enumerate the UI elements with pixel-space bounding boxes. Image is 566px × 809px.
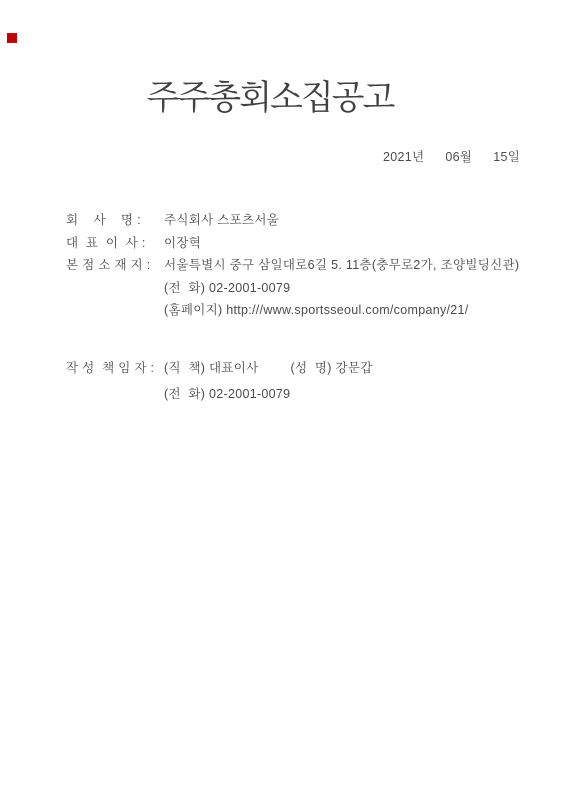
date-day: 15일 [493,149,520,165]
red-square-marker [7,33,17,43]
page-title: 주주총회소집공고 [0,76,553,120]
head-office-label: 본 점 소 재 지 : [66,254,164,277]
ceo-value: 이장혁 [164,232,201,255]
company-name-value: 주식회사 스포츠서울 [164,209,279,232]
ceo-row: 대 표 이 사 : 이장혁 [66,232,556,255]
phone-row: (전 화) 02-2001-0079 [66,277,556,300]
company-info: 회 사 명 : 주식회사 스포츠서울 대 표 이 사 : 이장혁 본 점 소 재… [66,209,556,322]
ceo-label: 대 표 이 사 : [66,232,164,255]
company-name-row: 회 사 명 : 주식회사 스포츠서울 [66,209,556,232]
author-phone-row: (전 화) 02-2001-0079 [66,381,373,407]
phone-value: (전 화) 02-2001-0079 [164,277,290,300]
author-position: (직 책) 대표이사 [164,355,259,381]
date-month: 06월 [445,149,472,165]
head-office-value: 서울특별시 중구 삼일대로6길 5. 11층(충무로2가, 조양빌딩신관) [164,254,519,277]
date-year: 2021년 [383,149,424,165]
homepage-label [66,299,164,322]
company-name-label: 회 사 명 : [66,209,164,232]
phone-label [66,277,164,300]
author-phone-spacer [66,381,164,407]
homepage-row: (홈페이지) http:///www.sportsseoul.com/compa… [66,299,556,322]
document-page: 주주총회소집공고 2021년 06월 15일 회 사 명 : 주식회사 스포츠서… [0,0,566,809]
author-label: 작 성 책 임 자 : [66,355,164,381]
author-name: (성 명) 강문갑 [291,355,373,381]
date-line: 2021년 06월 15일 [383,149,520,165]
head-office-row: 본 점 소 재 지 : 서울특별시 중구 삼일대로6길 5. 11층(충무로2가… [66,254,556,277]
author-row: 작 성 책 임 자 : (직 책) 대표이사 (성 명) 강문갑 [66,355,373,381]
homepage-value: (홈페이지) http:///www.sportsseoul.com/compa… [164,299,469,322]
author-info: 작 성 책 임 자 : (직 책) 대표이사 (성 명) 강문갑 (전 화) 0… [66,355,373,407]
author-phone-value: (전 화) 02-2001-0079 [164,381,290,407]
